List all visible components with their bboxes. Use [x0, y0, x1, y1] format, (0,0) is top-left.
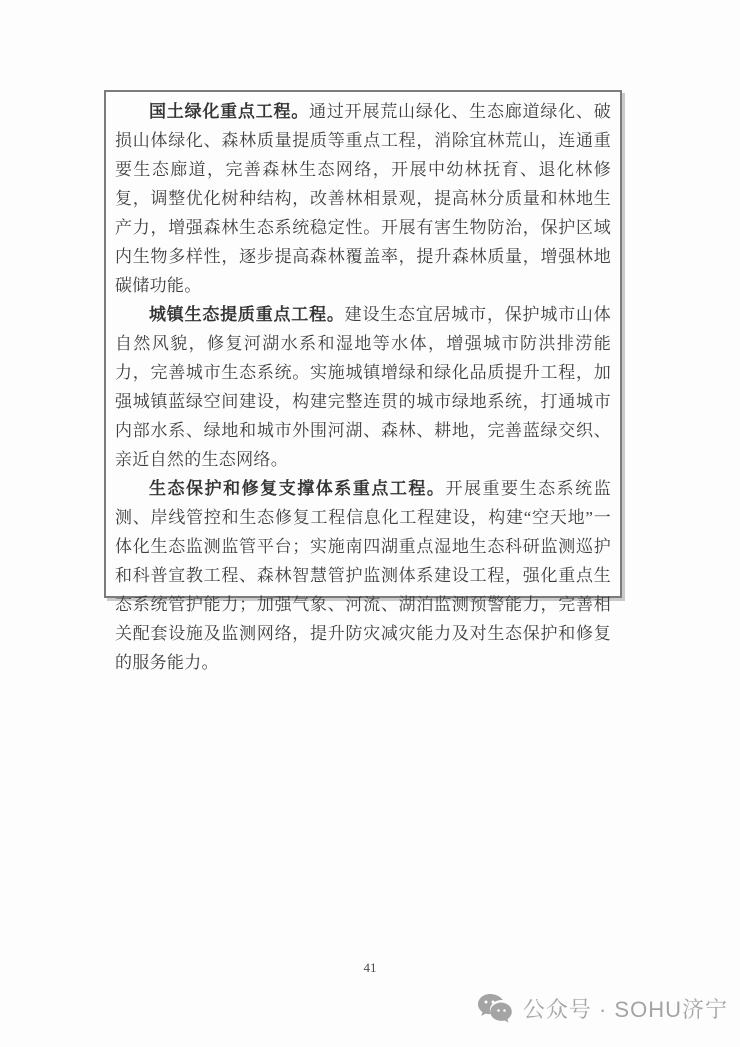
wechat-icon — [477, 993, 513, 1024]
watermark: 公众号 · SOHU济宁 — [477, 993, 728, 1024]
paragraph-body: 通过开展荒山绿化、生态廊道绿化、破损山体绿化、森林质量提质等重点工程，消除宜林荒… — [115, 102, 611, 295]
page-number: 41 — [0, 960, 740, 976]
paragraph-body: 开展重要生态系统监测、岸线管控和生态修复工程信息化工程建设，构建“空天地”一体化… — [115, 479, 611, 672]
document-page: 国土绿化重点工程。通过开展荒山绿化、生态廊道绿化、破损山体绿化、森林质量提质等重… — [0, 0, 740, 1047]
document-paragraph: 城镇生态提质重点工程。建设生态宜居城市，保护城市山体自然风貌，修复河湖水系和湿地… — [115, 300, 611, 474]
document-box: 国土绿化重点工程。通过开展荒山绿化、生态廊道绿化、破损山体绿化、森林质量提质等重… — [104, 90, 622, 598]
paragraph-body: 建设生态宜居城市，保护城市山体自然风貌，修复河湖水系和湿地等水体，增强城市防洪排… — [115, 305, 611, 469]
document-paragraph: 国土绿化重点工程。通过开展荒山绿化、生态廊道绿化、破损山体绿化、森林质量提质等重… — [115, 97, 611, 300]
document-paragraph: 生态保护和修复支撑体系重点工程。开展重要生态系统监测、岸线管控和生态修复工程信息… — [115, 474, 611, 677]
paragraph-heading: 生态保护和修复支撑体系重点工程。 — [149, 479, 445, 498]
paragraph-heading: 城镇生态提质重点工程。 — [149, 305, 345, 324]
watermark-text: 公众号 · SOHU济宁 — [523, 993, 728, 1024]
paragraph-heading: 国土绿化重点工程。 — [149, 102, 309, 121]
